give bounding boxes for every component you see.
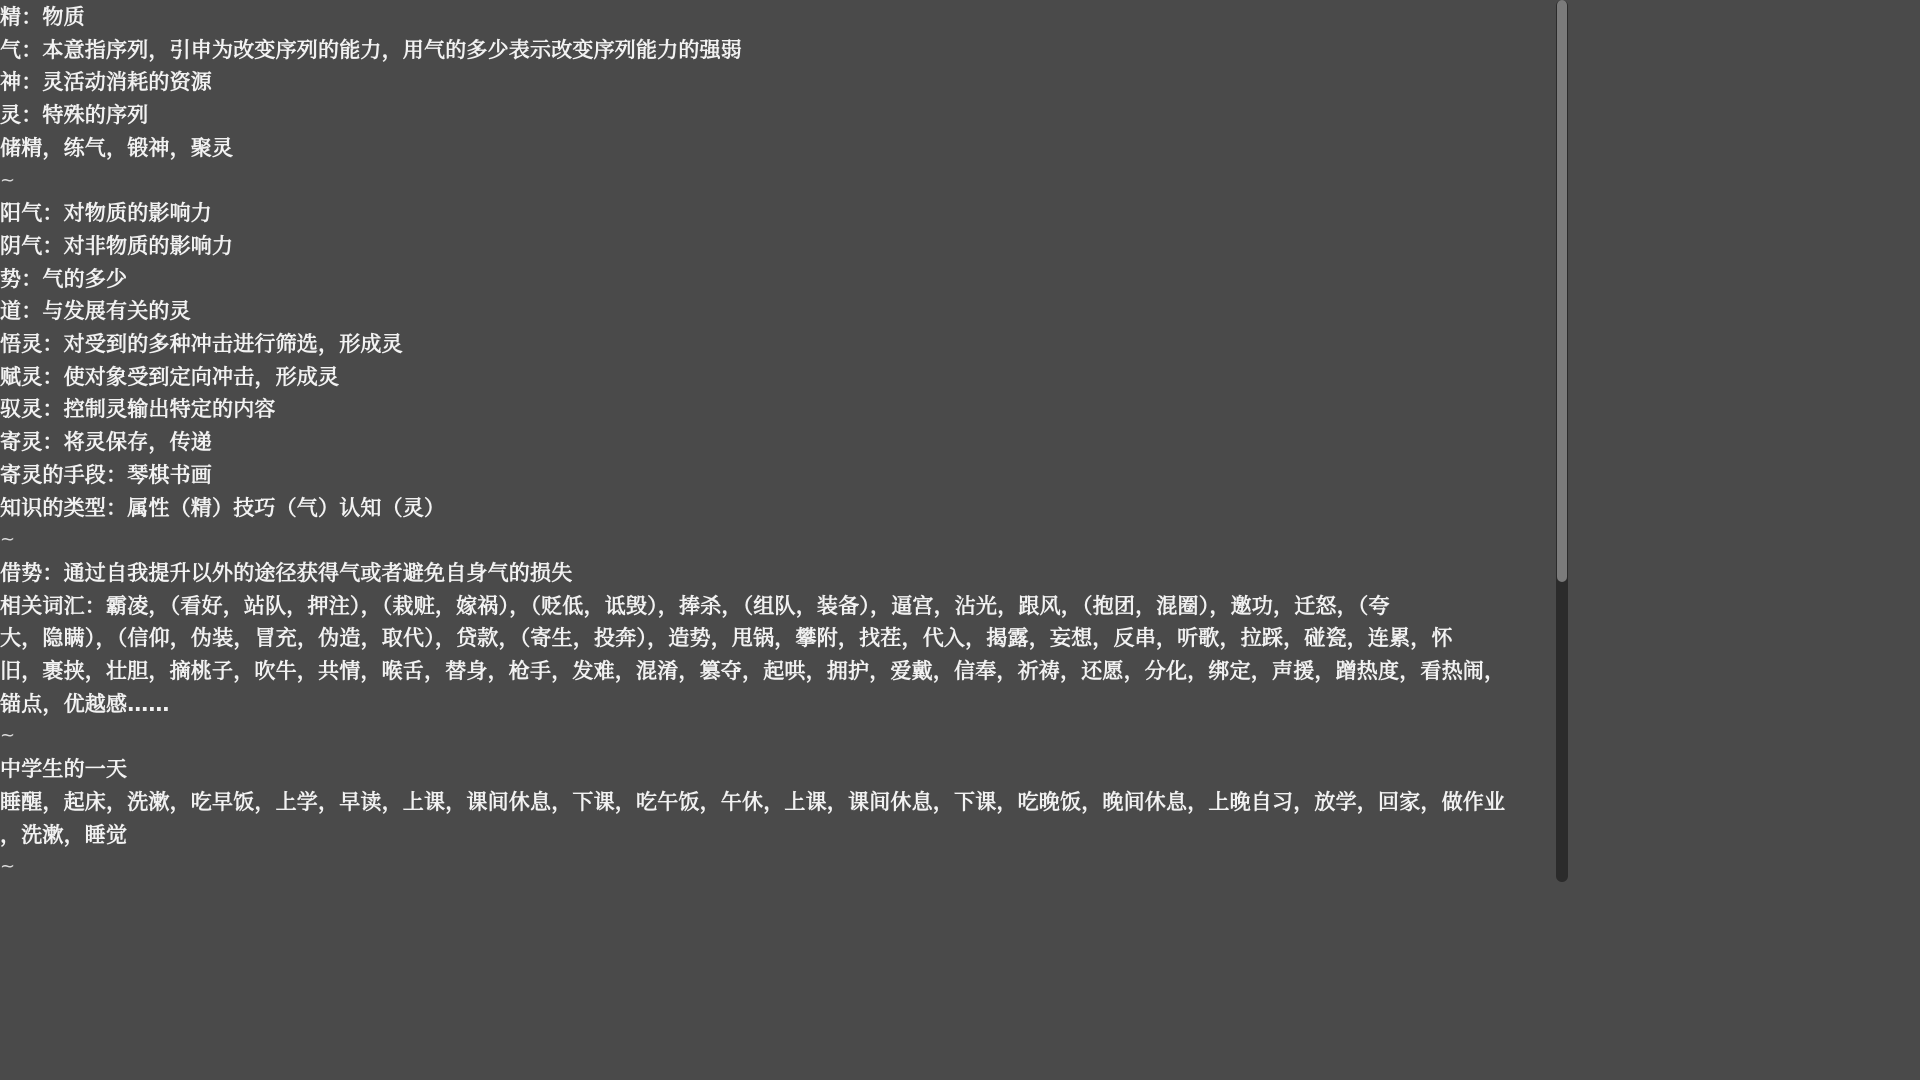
text-line: 知识的类型：属性（精）技巧（气）认知（灵） [0, 492, 1552, 525]
text-line: 精：物质 [0, 1, 1552, 34]
text-line: 赋灵：使对象受到定向冲击，形成灵 [0, 361, 1552, 394]
section-heading: 中学生的一天 [0, 753, 1552, 786]
text-line: 储精，练气，锻神，聚灵 [0, 132, 1552, 165]
text-line: 道：与发展有关的灵 [0, 295, 1552, 328]
text-line: 借势：通过自我提升以外的途径获得气或者避免自身气的损失 [0, 557, 1552, 590]
text-line: ，洗漱，睡觉 [0, 819, 1552, 852]
text-line: 大，隐瞒），（信仰，伪装，冒充，伪造，取代），贷款，（寄生，投奔），造势，甩锅，… [0, 622, 1552, 655]
text-line: 阴气：对非物质的影响力 [0, 230, 1552, 263]
scrollbar-thumb[interactable] [1557, 0, 1567, 582]
text-line: 阳气：对物质的影响力 [0, 197, 1552, 230]
section-separator: ~ [0, 165, 1552, 198]
section-separator: ~ [0, 851, 1552, 882]
text-viewer: 精：物质 气：本意指序列，引申为改变序列的能力，用气的多少表示改变序列能力的强弱… [0, 0, 1568, 882]
text-line: 气：本意指序列，引申为改变序列的能力，用气的多少表示改变序列能力的强弱 [0, 34, 1552, 67]
section-separator: ~ [0, 720, 1552, 753]
text-line: 旧，裹挟，壮胆，摘桃子，吹牛，共情，喉舌，替身，枪手，发难，混淆，篡夺，起哄，拥… [0, 655, 1552, 688]
text-line: 寄灵的手段：琴棋书画 [0, 459, 1552, 492]
text-line: 锚点，优越感…… [0, 688, 1552, 721]
text-line: 睡醒，起床，洗漱，吃早饭，上学，早读，上课，课间休息，下课，吃午饭，午休，上课，… [0, 786, 1552, 819]
text-line: 相关词汇：霸凌，（看好，站队，押注），（栽赃，嫁祸），（贬低，诋毁），捧杀，（组… [0, 590, 1552, 623]
text-line: 寄灵：将灵保存，传递 [0, 426, 1552, 459]
text-line: 灵：特殊的序列 [0, 99, 1552, 132]
text-line: 神：灵活动消耗的资源 [0, 66, 1552, 99]
document-body[interactable]: 精：物质 气：本意指序列，引申为改变序列的能力，用气的多少表示改变序列能力的强弱… [0, 1, 1552, 882]
vertical-scrollbar[interactable] [1556, 0, 1568, 882]
text-line: 悟灵：对受到的多种冲击进行筛选，形成灵 [0, 328, 1552, 361]
text-line: 势：气的多少 [0, 263, 1552, 296]
text-line: 驭灵：控制灵输出特定的内容 [0, 393, 1552, 426]
section-separator: ~ [0, 524, 1552, 557]
